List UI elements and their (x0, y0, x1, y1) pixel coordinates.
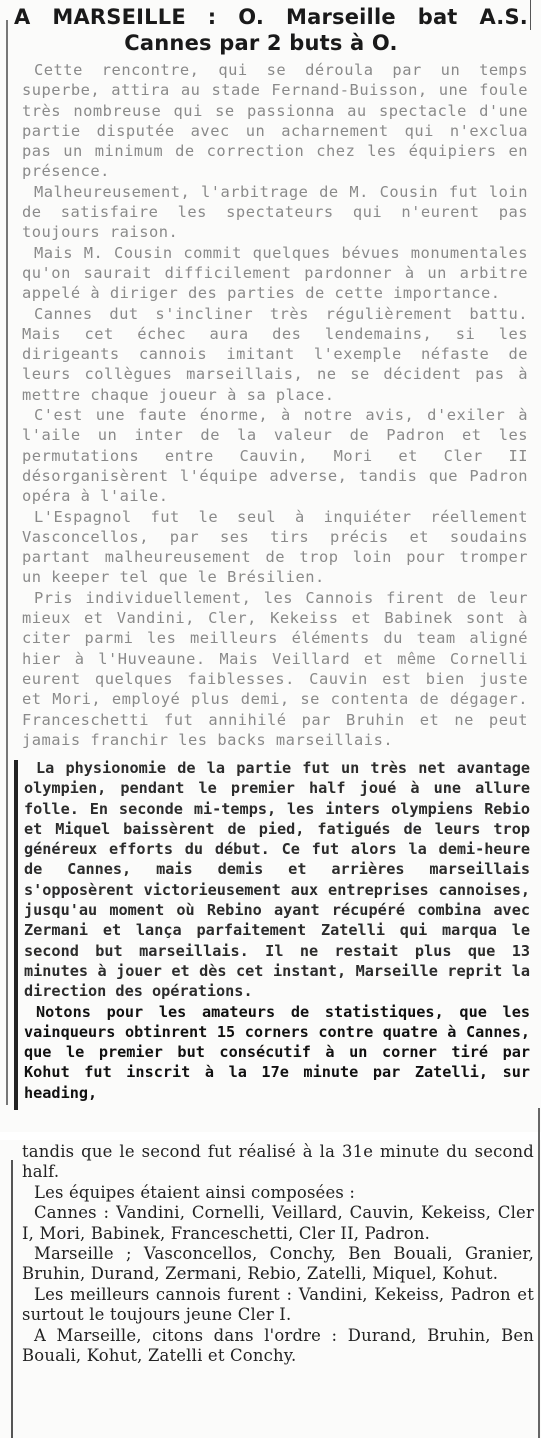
paragraph: C'est une faute énorme, à notre avis, d'… (22, 405, 528, 506)
newspaper-clipping: A MARSEILLE : O. Marseille bat A.S. Cann… (0, 0, 541, 1438)
paragraph: L'Espagnol fut le seul à inquiéter réell… (22, 507, 528, 588)
paragraph-continuation: tandis que le second fut réalisé à la 31… (22, 1142, 534, 1183)
paragraph: Pris individuellement, les Cannois firen… (22, 588, 528, 750)
column-rule-left (6, 20, 8, 1105)
clipping-gap (0, 1132, 541, 1140)
article-body-lineups: tandis que le second fut réalisé à la 31… (22, 1142, 534, 1366)
best-players-marseille: A Marseille, citons dans l'ordre : Duran… (22, 1326, 534, 1367)
bold-column-rule (14, 760, 18, 1110)
article-body-bold: La physionomie de la partie fut un très … (24, 758, 530, 1103)
headline-line-1: A MARSEILLE : O. Marseille bat A.S. (14, 4, 528, 30)
paragraph: Les équipes étaient ainsi composées : (22, 1183, 534, 1203)
paragraph-statistics: Notons pour les amateurs de statistiques… (24, 1002, 530, 1103)
lineup-cannes: Cannes : Vandini, Cornelli, Veillard, Ca… (22, 1203, 534, 1244)
paragraph: Mais M. Cousin commit quelques bévues mo… (22, 243, 528, 304)
article-body-faded: Cette rencontre, qui se déroula par un t… (22, 60, 528, 750)
headline-line-2: Cannes par 2 buts à O. (14, 30, 528, 56)
column-rule-right (530, 0, 531, 30)
best-players-cannes: Les meilleurs cannois furent : Vandini, … (22, 1285, 534, 1326)
paragraph: Malheureusement, l'arbitrage de M. Cousi… (22, 182, 528, 243)
column-rule-left-bottom (11, 1160, 13, 1438)
paragraph: Cannes dut s'incliner très régulièrement… (22, 304, 528, 405)
paragraph: Cette rencontre, qui se déroula par un t… (22, 60, 528, 182)
column-rule-right-bottom (538, 1108, 540, 1438)
headline: A MARSEILLE : O. Marseille bat A.S. Cann… (14, 4, 528, 56)
lineup-marseille: Marseille ; Vasconcellos, Conchy, Ben Bo… (22, 1244, 534, 1285)
paragraph: La physionomie de la partie fut un très … (24, 758, 530, 1002)
